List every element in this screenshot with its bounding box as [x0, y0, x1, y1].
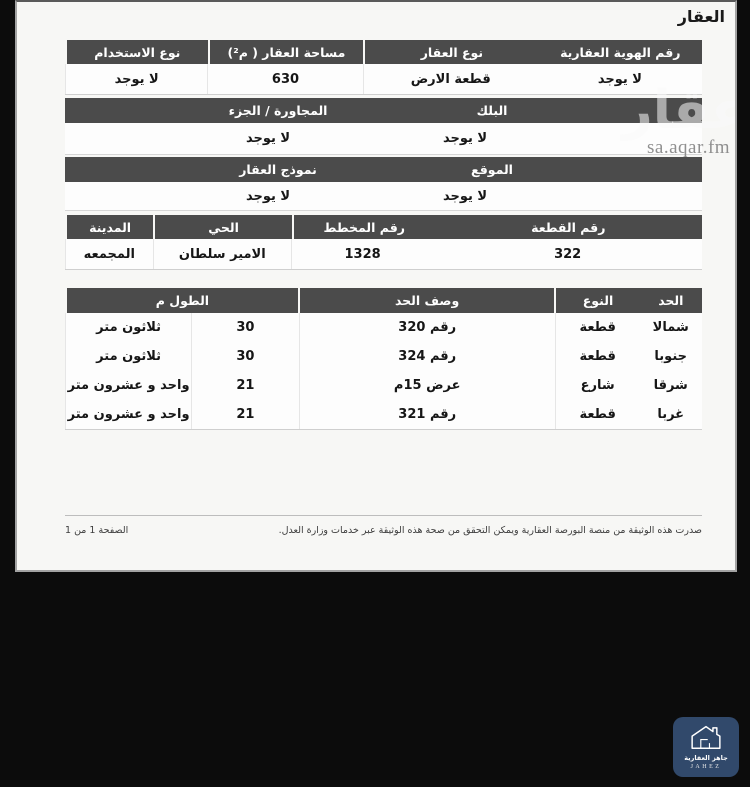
property-table-value-row: لا يوجد قطعة الارض 630 لا يوجد [65, 64, 702, 95]
label-property-model: نموذج العقار [193, 157, 363, 182]
border-desc: عرض 15م [299, 371, 555, 400]
borders-table-header-row: الحد النوع وصف الحد الطول م [65, 288, 702, 313]
header-border-type: النوع [554, 288, 639, 313]
border-type: قطعة [555, 400, 639, 429]
value-plan-number: 1328 [291, 239, 433, 269]
value-property-model: لا يوجد [188, 182, 348, 210]
border-desc: رقم 320 [299, 313, 555, 342]
label-block: البلك [407, 98, 577, 123]
footer-page-number: الصفحة 1 من 1 [65, 525, 128, 536]
header-property-id: رقم الهوية العقارية [539, 40, 702, 64]
block-value-row: لا يوجد لا يوجد [65, 123, 702, 155]
value-district: الامير سلطان [153, 239, 291, 269]
house-icon [688, 724, 724, 754]
value-city: المجمعه [65, 239, 153, 269]
border-row-west: غربا قطعة رقم 321 21 واحد و عشرون متر [65, 400, 702, 430]
border-length-text: واحد و عشرون متر [65, 400, 191, 429]
header-border-side: الحد [640, 288, 702, 313]
block-header-bar: البلك المجاورة / الجزء [65, 98, 702, 123]
label-location: الموقع [407, 157, 577, 182]
header-property-area: مساحة العقار ( م²) [208, 40, 364, 64]
document-footer: صدرت هذه الوثيقة من منصة البورصة العقاري… [65, 515, 702, 536]
border-desc: رقم 321 [299, 400, 555, 429]
document-page: العقار عقار sa.aqar.fm رقم الهوية العقار… [15, 0, 737, 572]
border-side: شرقا [639, 371, 702, 400]
value-property-id: لا يوجد [538, 64, 702, 94]
label-adjacent-part: المجاورة / الجزء [193, 98, 363, 123]
border-length-text: ثلاثون متر [65, 342, 191, 371]
location-header-bar: الموقع نموذج العقار [65, 157, 702, 182]
jahez-logo-latin-text: JAHEZ [691, 764, 722, 770]
value-plot-number: 322 [433, 239, 702, 269]
border-side: شمالا [639, 313, 702, 342]
value-usage-type: لا يوجد [65, 64, 207, 94]
border-row-south: جنوبا قطعة رقم 324 30 ثلاثون متر [65, 342, 702, 372]
location-value-row: لا يوجد لا يوجد [65, 182, 702, 211]
value-property-type: قطعة الارض [363, 64, 538, 94]
border-row-east: شرقا شارع عرض 15م 21 واحد و عشرون متر [65, 371, 702, 401]
border-type: قطعة [555, 342, 639, 371]
border-length-number: 30 [191, 342, 298, 371]
header-border-length: الطول م [65, 288, 298, 313]
plot-table-header-row: رقم القطعة رقم المخطط الحي المدينة [65, 215, 702, 239]
property-table-header-row: رقم الهوية العقارية نوع العقار مساحة الع… [65, 40, 702, 64]
value-block: لا يوجد [385, 123, 545, 154]
value-property-area: 630 [207, 64, 362, 94]
header-border-desc: وصف الحد [298, 288, 555, 313]
header-usage-type: نوع الاستخدام [65, 40, 208, 64]
header-plan-number: رقم المخطط [292, 215, 435, 239]
plot-table-value-row: 322 1328 الامير سلطان المجمعه [65, 239, 702, 270]
border-length-text: ثلاثون متر [65, 313, 191, 342]
header-property-type: نوع العقار [363, 40, 538, 64]
border-length-number: 21 [191, 400, 298, 429]
border-length-number: 21 [191, 371, 298, 400]
footer-issued-note: صدرت هذه الوثيقة من منصة البورصة العقاري… [279, 525, 702, 536]
page-title: العقار [678, 7, 725, 26]
border-side: غربا [639, 400, 702, 429]
border-side: جنوبا [639, 342, 702, 371]
value-adjacent-part: لا يوجد [188, 123, 348, 154]
border-desc: رقم 324 [299, 342, 555, 371]
border-length-text: واحد و عشرون متر [65, 371, 191, 400]
border-row-north: شمالا قطعة رقم 320 30 ثلاثون متر [65, 313, 702, 343]
header-plot-number: رقم القطعة [435, 215, 702, 239]
header-district: الحي [153, 215, 292, 239]
border-type: شارع [555, 371, 639, 400]
value-location: لا يوجد [385, 182, 545, 210]
border-length-number: 30 [191, 313, 298, 342]
jahez-logo: جاهز العقارية JAHEZ [673, 717, 739, 777]
header-city: المدينة [65, 215, 153, 239]
border-type: قطعة [555, 313, 639, 342]
jahez-logo-arabic-text: جاهز العقارية [684, 755, 728, 762]
